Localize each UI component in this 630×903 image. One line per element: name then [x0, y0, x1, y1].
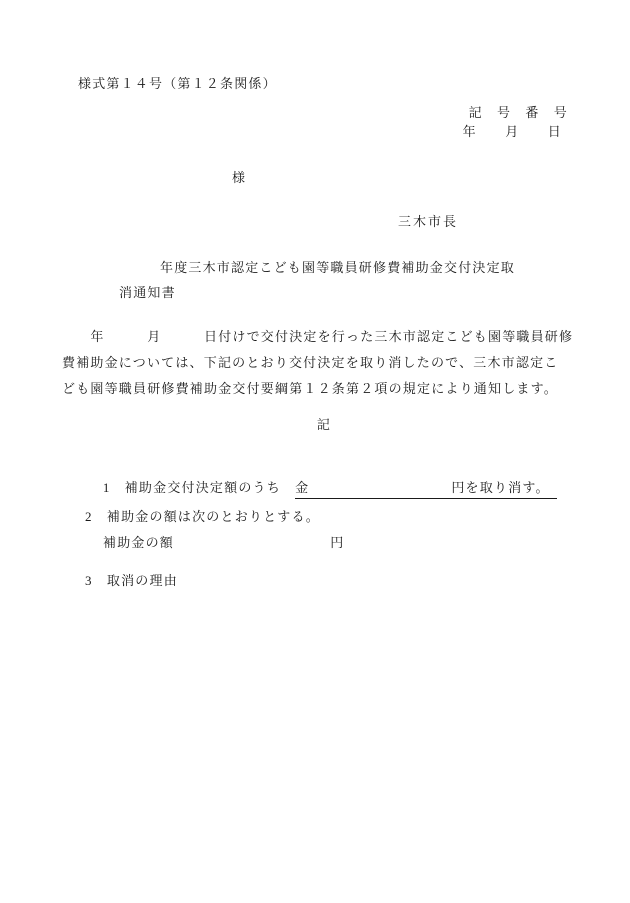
body-paragraph-line3: ども園等職員研修費補助金交付要綱第１２条第２項の規定により通知します。	[62, 382, 558, 395]
addressee-honorific: 様	[232, 171, 246, 184]
item-1-label: 1 補助金交付決定額のうち	[103, 480, 295, 495]
document-title-line1: 年度三木市認定こども園等職員研修費補助金交付決定取	[160, 261, 515, 274]
item-2-label: 2 補助金の額は次のとおりとする。	[85, 510, 320, 523]
item-2-detail: 補助金の額 円	[103, 536, 344, 549]
record-heading: 記	[9, 418, 630, 431]
body-paragraph-line2: 費補助金については、下記のとおり交付決定を取り消したので、三木市認定こ	[62, 356, 558, 369]
document-page: 様式第１４号（第１２条関係） 記 号 番 号 年 月 日 様 三木市長 年度三木…	[0, 0, 630, 903]
reference-number-label: 記 号 番 号	[469, 106, 568, 119]
date-placeholder: 年 月 日	[463, 125, 562, 138]
item-1-amount-fill-line: 金 円を取り消す。	[295, 480, 557, 499]
item-3-label: 3 取消の理由	[85, 574, 178, 587]
body-paragraph-line1: 年 月 日付けで交付決定を行った三木市認定こども園等職員研修	[62, 330, 573, 343]
form-number: 様式第１４号（第１２条関係）	[78, 77, 277, 90]
sender-title: 三木市長	[398, 215, 458, 228]
item-1: 1 補助金交付決定額のうち 金 円を取り消す。	[85, 468, 557, 507]
document-title-line2: 消通知書	[119, 286, 176, 299]
